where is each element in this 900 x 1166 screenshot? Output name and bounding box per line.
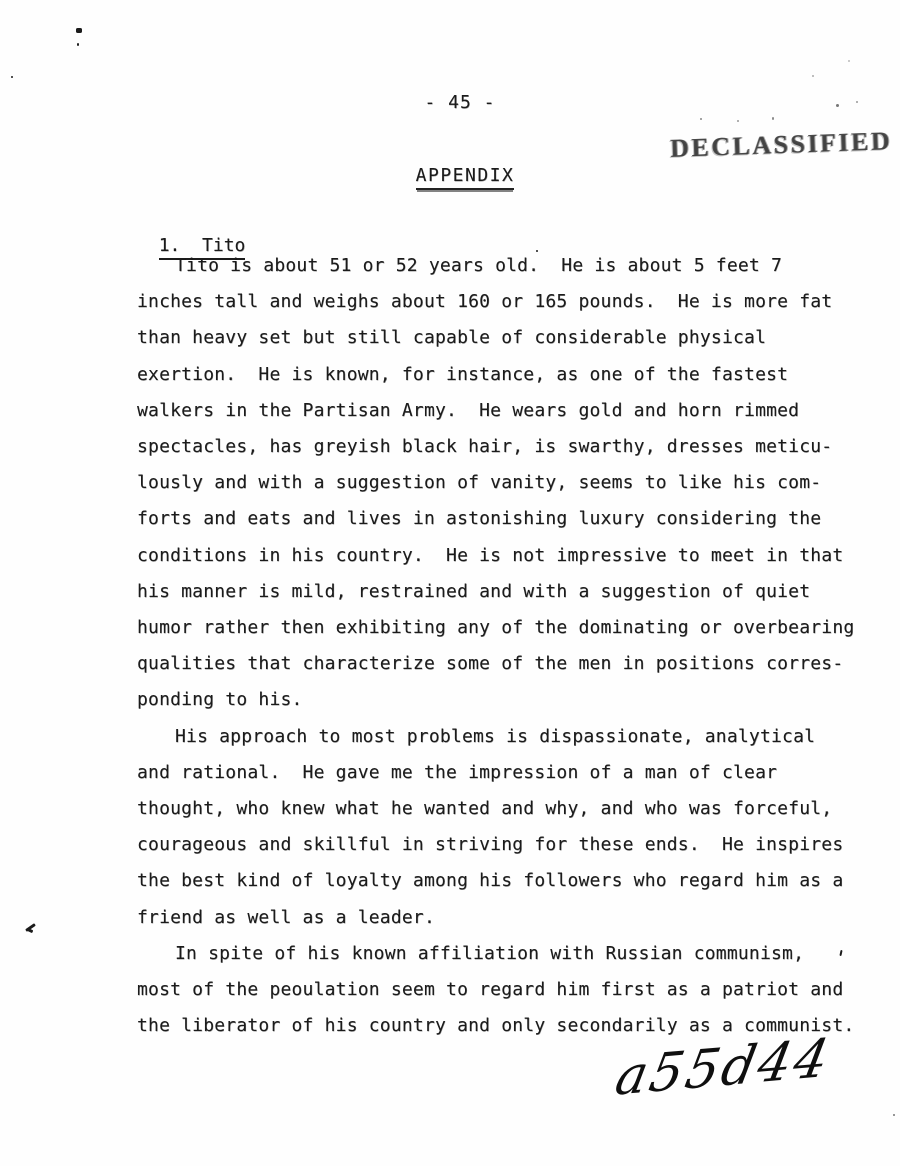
stamp-noise-dot [772,117,774,120]
stamp-noise-dot [737,120,739,122]
text-line: most of the peoulation seem to regard hi… [137,972,857,1008]
text-line: Tito is about 51 or 52 years old. He is … [137,248,857,284]
text-line: ponding to his. [137,682,857,718]
text-line: exertion. He is known, for instance, as … [137,357,857,393]
declassified-stamp: DECLASSIFIED [670,126,893,164]
text-line: humor rather then exhibiting any of the … [137,610,857,646]
text-line: His approach to most problems is dispass… [137,719,857,755]
text-line: inches tall and weighs about 160 or 165 … [137,284,857,320]
document-body: Tito is about 51 or 52 years old. He is … [137,248,857,1044]
stamp-noise-dot [856,101,858,103]
text-line: walkers in the Partisan Army. He wears g… [137,393,857,429]
text-line: courageous and skillful in striving for … [137,827,857,863]
text-line: thought, who knew what he wanted and why… [137,791,857,827]
ink-speck [76,28,82,33]
stamp-noise-dot [848,60,850,62]
text-line: lously and with a suggestion of vanity, … [137,465,857,501]
text-line: the best kind of loyalty among his follo… [137,863,857,899]
text-line: than heavy set but still capable of cons… [137,320,857,356]
text-line: qualities that characterize some of the … [137,646,857,682]
text-line: forts and eats and lives in astonishing … [137,501,857,537]
stamp-noise-dot [812,75,814,77]
text-line: and rational. He gave me the impression … [137,755,857,791]
ink-speck [11,76,13,78]
appendix-title-row: APPENDIX [0,165,900,190]
stamp-noise-dot [700,118,702,120]
stamp-noise-dot [836,104,839,107]
text-line: his manner is mild, restrained and with … [137,574,857,610]
scanned-document-page: { "page": { "page_number": "- 45 -", "st… [0,0,900,1166]
ink-speck [536,250,538,252]
ink-scribble [27,928,34,933]
ink-speck [893,1114,895,1116]
text-line: conditions in his country. He is not imp… [137,538,857,574]
appendix-title: APPENDIX [416,165,515,190]
ink-speck [77,43,79,46]
text-line: spectacles, has greyish black hair, is s… [137,429,857,465]
text-line: In spite of his known affiliation with R… [137,936,857,972]
page-number: - 45 - [10,92,900,113]
text-line: friend as well as a leader. [137,900,857,936]
